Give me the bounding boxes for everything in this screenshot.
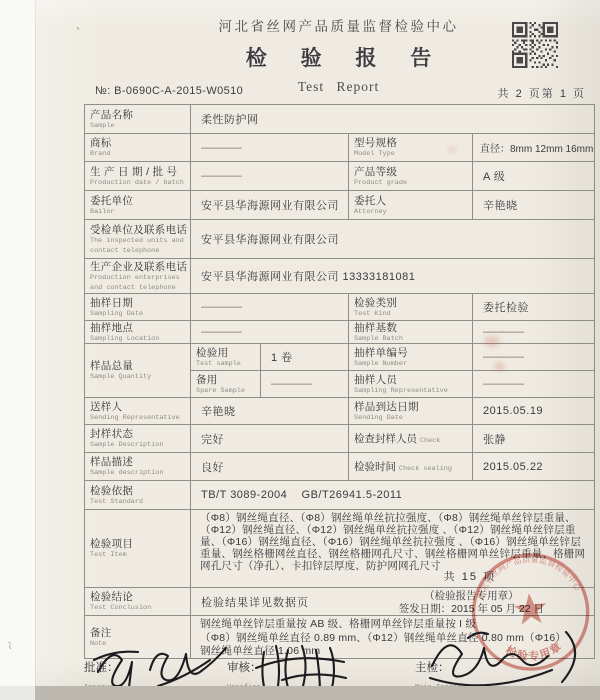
value-attorney: 辛艳晓	[473, 191, 594, 220]
inspection-seal: 河北省丝网产品质量监督检验中心 检验专用章	[452, 540, 600, 692]
value-brand: ————	[191, 134, 349, 162]
label-production-enterprise: 生产企业及联系电话Production enterprises and cont…	[85, 259, 191, 294]
label-sending-representative: 送样人Sending Representative	[85, 398, 191, 425]
value-spare-sample: ————	[261, 371, 349, 398]
label-arrival-date: 样品到达日期Sending Date	[349, 398, 473, 425]
value-sample-description: 良好	[191, 453, 349, 481]
label-note: 备注Note	[85, 616, 191, 658]
value-test-kind: 委托检验	[473, 294, 594, 321]
value-check-personnel: 张静	[473, 425, 594, 453]
value-test-standard: TB/T 3089-2004 GB/T26941.5-2011	[191, 481, 594, 510]
value-arrival-date: 2015.05.19	[473, 398, 594, 425]
value-sampling-representative: ————	[473, 371, 594, 398]
label-sampling-representative: 抽样人员Sampling Representative	[349, 371, 473, 398]
value-sampling-date: ————	[191, 294, 349, 321]
page-count: 共 2 页第 1 页	[498, 85, 586, 101]
label-sample-quantity: 样品总量Sample Quantity	[85, 344, 191, 398]
red-smudge	[448, 146, 457, 153]
value-test-sample: 1 卷	[261, 344, 349, 371]
label-test-standard: 检验依据Test Standard	[85, 481, 191, 510]
label-sample-number: 抽样单编号Sample Number	[349, 344, 473, 371]
value-check-time: 2015.05.22	[473, 453, 594, 481]
qr-code	[512, 22, 558, 68]
value-bailor: 安平县华海源网业有限公司	[191, 191, 349, 220]
value-inspected-units: 安平县华海源网业有限公司	[191, 220, 594, 259]
value-sending-representative: 辛艳晓	[191, 398, 349, 425]
label-sampling-location: 抽样地点Sampling Location	[85, 321, 191, 344]
scan-corner	[0, 686, 35, 700]
label-brand: 商标Brand	[85, 134, 191, 162]
label-attorney: 委托人Attorney	[349, 191, 473, 220]
label-test-sample: 检验用Test sample	[191, 344, 261, 371]
value-production-enterprise: 安平县华海源网业有限公司 13333181081	[191, 259, 594, 294]
label-check-personnel: 检查封样人员 Check sealing sample personnel	[349, 425, 473, 453]
value-product-grade: A 级	[473, 162, 594, 191]
label-inspected-units: 受检单位及联系电话The inspected units and contact…	[85, 220, 191, 259]
value-sealing-state: 完好	[191, 425, 349, 453]
label-bailor: 委托单位Bailor	[85, 191, 191, 220]
seal-star	[513, 592, 548, 626]
seal-arc-text: 河北省丝网产品质量监督检验中心	[472, 550, 583, 602]
scan-bottom-edge	[0, 686, 600, 700]
report-number: №: B-0690C-A-2015-W0510	[95, 85, 243, 97]
value-sampling-location: ————	[191, 321, 349, 344]
value-model-type: 直径：8mm 12mm 16mm	[473, 134, 594, 162]
value-sample-number: ————	[473, 344, 594, 371]
conclusion-text: 检验结果详见数据页	[191, 588, 309, 610]
label-check-time: 检验时间 Check sealing sample time	[349, 453, 473, 481]
label-production-date: 生 产 日 期 / 批 号Production date / batch	[85, 162, 191, 191]
label-product-grade: 产品等级Product grade	[349, 162, 473, 191]
value-product-name: 柔性防护网	[191, 105, 594, 134]
label-sealing-state: 封样状态Sample Description	[85, 425, 191, 453]
value-production-date: ————	[191, 162, 349, 191]
label-spare-sample: 备用Spare Sample	[191, 371, 261, 398]
label-product-name: 产品名称Sample	[85, 105, 191, 134]
label-sampling-date: 抽样日期Sampling Date	[85, 294, 191, 321]
scan-left-margin	[0, 0, 36, 686]
label-sample-batch: 抽样基数Sample Batch	[349, 321, 473, 344]
label-test-kind: 检验类别Test Kind	[349, 294, 473, 321]
red-smudge	[484, 336, 500, 347]
label-sample-description: 样品描述Sample description	[85, 453, 191, 481]
red-smudge	[494, 362, 505, 371]
label-test-conclusion: 检验结论Test Conclusion	[85, 588, 191, 616]
label-test-item: 检验项目Test Item	[85, 510, 191, 588]
svg-text:河北省丝网产品质量监督检验中心: 河北省丝网产品质量监督检验中心	[472, 550, 583, 602]
